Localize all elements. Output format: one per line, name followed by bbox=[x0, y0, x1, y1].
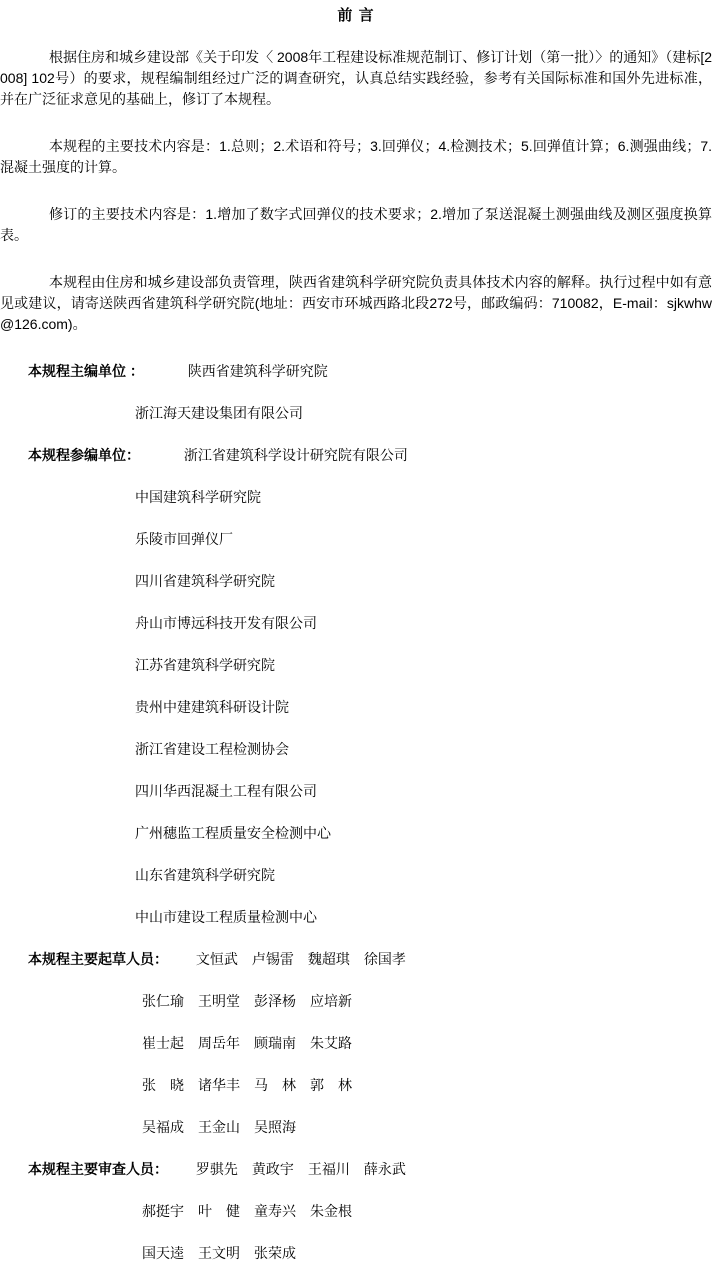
participant-unit: 江苏省建筑科学研究院 bbox=[0, 655, 712, 676]
participant-unit: 舟山市博远科技开发有限公司 bbox=[0, 613, 712, 634]
drafters-names: 崔士起 周岳年 顾瑞南 朱艾路 bbox=[0, 1033, 712, 1054]
participant-unit: 广州穗监工程质量安全检测中心 bbox=[0, 823, 712, 844]
participant-unit: 浙江省建筑科学设计研究院有限公司 bbox=[184, 447, 408, 463]
page-title: 前 言 bbox=[0, 5, 712, 26]
chief-editor-row: 本规程主编单位 ： 陕西省建筑科学研究院 bbox=[0, 361, 712, 382]
participant-unit: 山东省建筑科学研究院 bbox=[0, 865, 712, 886]
document-page: 前 言 根据住房和城乡建设部《关于印发〈 2008年工程建设标准规范制订、修订计… bbox=[0, 0, 712, 1264]
participant-unit: 四川省建筑科学研究院 bbox=[0, 571, 712, 592]
reviewers-names: 罗骐先 黄政宇 王福川 薛永武 bbox=[196, 1161, 406, 1177]
chief-editor-unit: 浙江海天建设集团有限公司 bbox=[0, 403, 712, 424]
participant-editor-row: 本规程参编单位： 浙江省建筑科学设计研究院有限公司 bbox=[0, 445, 712, 466]
participant-unit: 贵州中建建筑科研设计院 bbox=[0, 697, 712, 718]
participant-editor-label: 本规程参编单位： bbox=[0, 447, 140, 463]
participant-unit: 中国建筑科学研究院 bbox=[0, 487, 712, 508]
participant-unit: 中山市建设工程质量检测中心 bbox=[0, 907, 712, 928]
drafters-row: 本规程主要起草人员： 文恒武 卢锡雷 魏超琪 徐国孝 bbox=[0, 949, 712, 970]
reviewers-names: 郝挺宇 叶 健 童寿兴 朱金根 bbox=[0, 1201, 712, 1222]
drafters-names: 张 晓 诸华丰 马 林 郭 林 bbox=[0, 1075, 712, 1096]
reviewers-row: 本规程主要审查人员： 罗骐先 黄政宇 王福川 薛永武 bbox=[0, 1159, 712, 1180]
drafters-names: 吴福成 王金山 吴照海 bbox=[0, 1117, 712, 1138]
reviewers-names: 国天逵 王文明 张荣成 bbox=[0, 1243, 712, 1264]
revision-content-paragraph: 修订的主要技术内容是：1.增加了数字式回弹仪的技术要求；2.增加了泵送混凝土测强… bbox=[0, 204, 712, 246]
reviewers-label: 本规程主要审查人员： bbox=[0, 1161, 168, 1177]
participant-unit: 乐陵市回弹仪厂 bbox=[0, 529, 712, 550]
drafters-label: 本规程主要起草人员： bbox=[0, 951, 168, 967]
chief-editor-label: 本规程主编单位 ： bbox=[0, 363, 144, 379]
chief-editor-unit: 陕西省建筑科学研究院 bbox=[188, 363, 328, 379]
drafters-names: 文恒武 卢锡雷 魏超琪 徐国孝 bbox=[196, 951, 406, 967]
technical-content-paragraph: 本规程的主要技术内容是：1.总则；2.术语和符号；3.回弹仪；4.检测技术；5.… bbox=[0, 136, 712, 178]
drafters-names: 张仁瑜 王明堂 彭泽杨 应培新 bbox=[0, 991, 712, 1012]
management-contact-paragraph: 本规程由住房和城乡建设部负责管理，陕西省建筑科学研究院负责具体技术内容的解释。执… bbox=[0, 272, 712, 335]
intro-paragraph: 根据住房和城乡建设部《关于印发〈 2008年工程建设标准规范制订、修订计划（第一… bbox=[0, 47, 712, 110]
participant-unit: 浙江省建设工程检测协会 bbox=[0, 739, 712, 760]
participant-unit: 四川华西混凝土工程有限公司 bbox=[0, 781, 712, 802]
